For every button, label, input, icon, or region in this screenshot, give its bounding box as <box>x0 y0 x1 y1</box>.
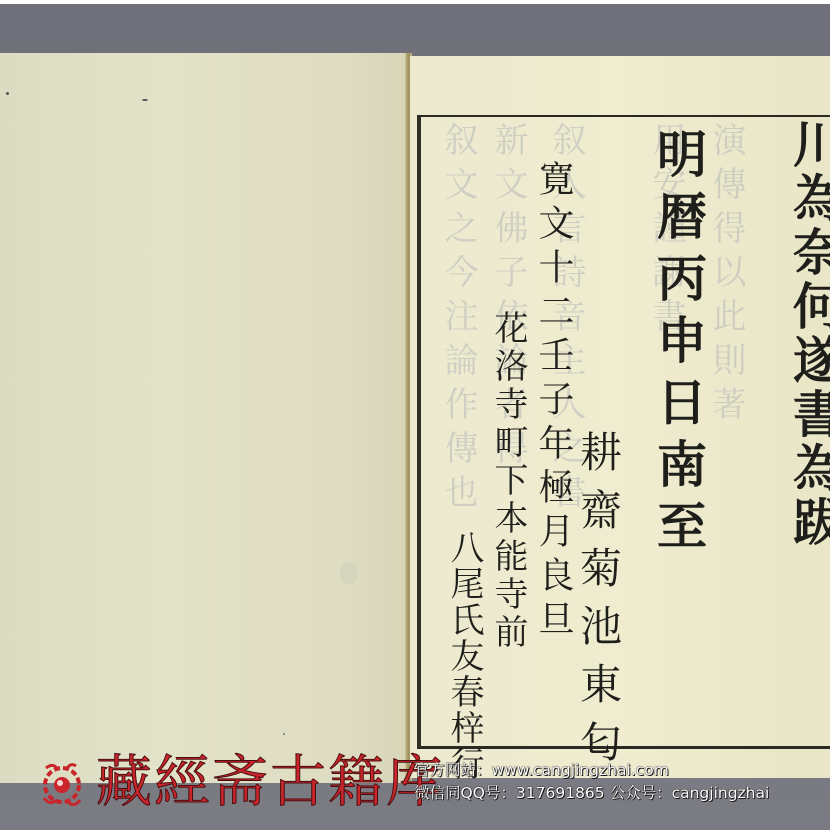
contact-line: 微信同QQ号：317691865 公众号：cangjingzhai <box>414 781 769 803</box>
text-column-5: 花洛寺町下本能寺前 <box>484 310 533 652</box>
brand-watermark: 藏經斋古籍库 <box>96 748 444 818</box>
paper-speck <box>283 733 285 735</box>
website-line: 官方网站：www.cangjingzhai.com <box>414 758 669 780</box>
left-page-blank <box>0 53 408 783</box>
text-column-1: 川為奈何遂書為跋 <box>778 118 830 550</box>
text-column-2: 明暦丙申日南至 <box>642 128 714 562</box>
paper-speck <box>142 99 148 101</box>
paper-stain <box>340 562 358 584</box>
text-column-6: 八尾氏友春梓行 <box>440 530 489 782</box>
paper-speck <box>6 92 9 95</box>
scan-frame: 叙文之今注論作傳也 新文佛子依論者得 叙入言詩音主人之書 用安謹謝書 演傳得以此… <box>0 0 830 830</box>
text-column-4: 寛文十二壬子年極月良旦 <box>528 160 579 644</box>
red-dragon-seal-icon <box>36 758 88 810</box>
